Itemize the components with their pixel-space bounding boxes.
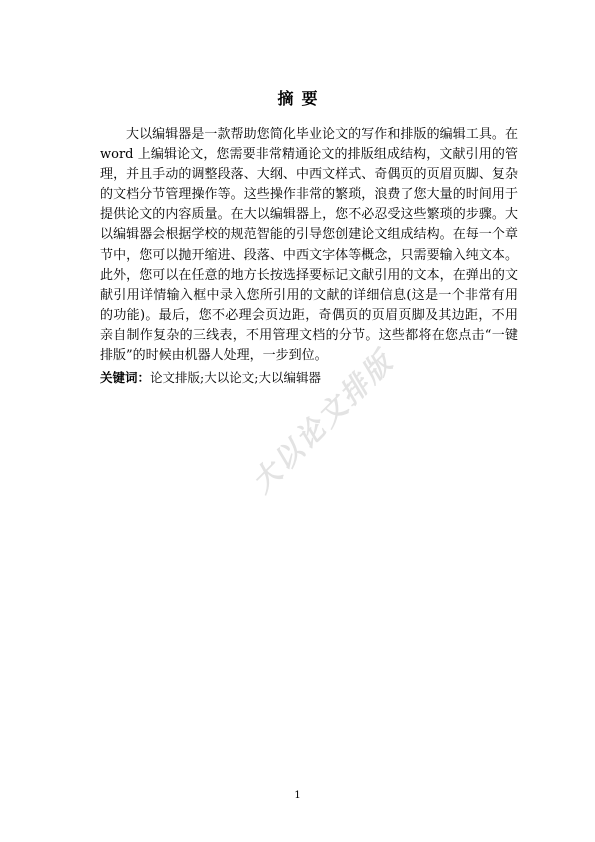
- title-char-1: 摘: [277, 89, 293, 108]
- keywords-label: 关键词：: [100, 370, 150, 385]
- abstract-title: 摘要: [0, 88, 595, 110]
- document-page: 摘要 大以编辑器是一款帮助您简化毕业论文的写作和排版的编辑工具。在 word 上…: [0, 0, 595, 842]
- keywords-value: 论文排版;大以论文;大以编辑器: [150, 370, 321, 385]
- keywords-line: 关键词：论文排版;大以论文;大以编辑器: [100, 368, 518, 388]
- abstract-body: 大以编辑器是一款帮助您简化毕业论文的写作和排版的编辑工具。在 word 上编辑论…: [100, 125, 518, 366]
- page-number: 1: [0, 790, 595, 802]
- title-char-2: 要: [302, 89, 318, 108]
